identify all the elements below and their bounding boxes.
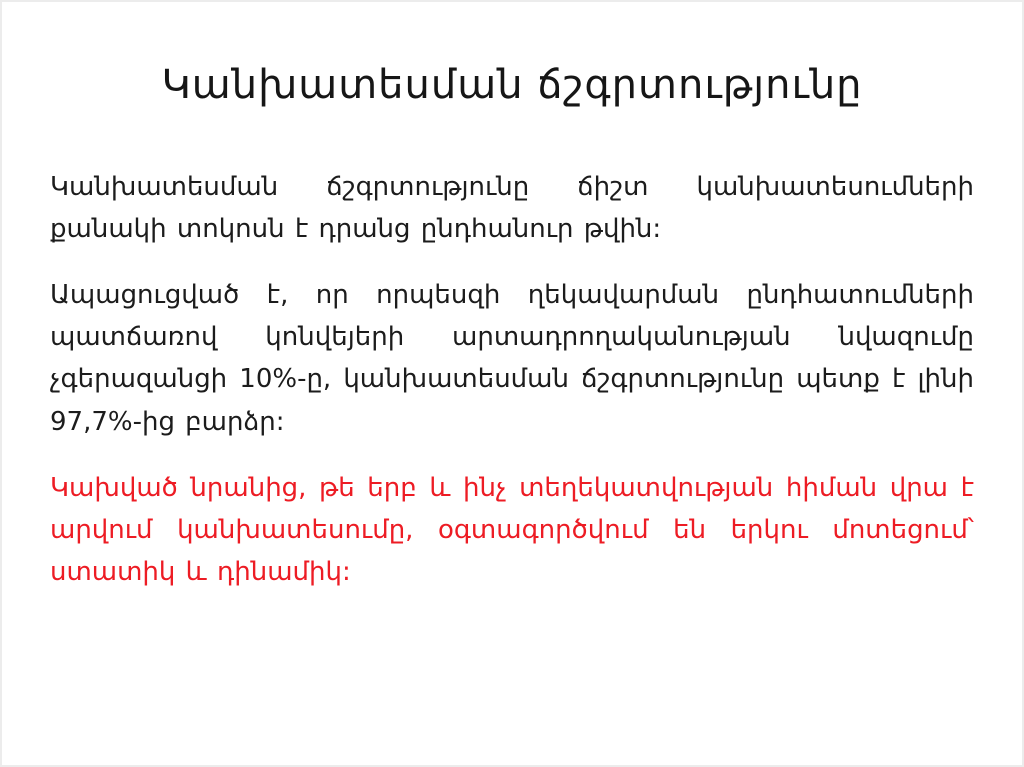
paragraph-approaches: Կախված նրանից, թե երբ և ինչ տեղեկատվությ… [50,467,974,593]
slide-body: Կանխատեսման ճշգրտությունը ճիշտ կանխատեսո… [50,166,974,593]
paragraph-accuracy-requirement: Ապացուցված է, որ որպեսզի ղեկավարման ընդհ… [50,274,974,442]
presentation-slide: Կանխատեսման ճշգրտությունը Կանխատեսման ճշ… [0,0,1024,767]
paragraph-accuracy-definition: Կանխատեսման ճշգրտությունը ճիշտ կանխատեսո… [50,166,974,250]
slide-title: Կանխատեսման ճշգրտությունը [42,62,982,108]
